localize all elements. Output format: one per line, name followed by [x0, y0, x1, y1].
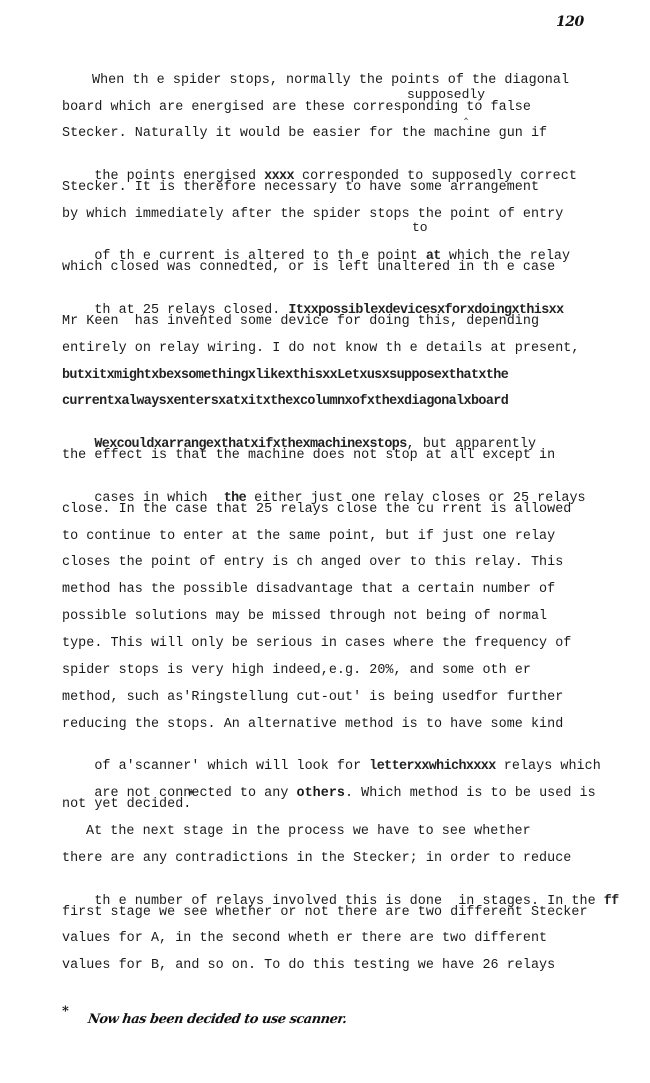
- text-line: spider stops is very high indeed,e.g. 20…: [62, 663, 531, 679]
- text-line: closes the point of entry is ch anged ov…: [62, 555, 563, 571]
- text-line: by which immediately after the spider st…: [62, 207, 563, 223]
- page-number: 120: [556, 14, 584, 30]
- text-line: When th e spider stops, normally the poi…: [92, 73, 569, 89]
- text-line: values for A, in the second wheth er the…: [62, 931, 547, 947]
- text-segment: . Which method is to be used is: [345, 786, 596, 801]
- struck-out-text: ff: [604, 894, 619, 909]
- text-line: first stage we see whether or not there …: [62, 905, 588, 921]
- text-line: the effect is that the machine does not …: [62, 448, 555, 464]
- corrected-text: others: [297, 786, 346, 801]
- struck-out-line: currentxalwaysxentersxatxitxthexcolumnxo…: [62, 394, 508, 410]
- text-line: Stecker. Naturally it would be easier fo…: [62, 126, 547, 142]
- text-line: there are any contradictions in the Stec…: [62, 851, 571, 867]
- handwritten-footnote: Now has been decided to use scanner.: [87, 1012, 348, 1027]
- text-line: values for B, and so on. To do this test…: [62, 958, 555, 974]
- text-line: At the next stage in the process we have…: [86, 824, 531, 840]
- text-line: close. In the case that 25 relays close …: [62, 502, 571, 518]
- text-line: entirely on relay wiring. I do not know …: [62, 341, 579, 357]
- text-line: method, such as'Ringstellung cut-out' is…: [62, 690, 563, 706]
- struck-out-line: butxitxmightxbexsomethingxlikexthisxxLet…: [62, 368, 508, 384]
- footnote-marker-handwritten: *: [62, 1004, 69, 1019]
- footnote-marker: *: [188, 787, 194, 801]
- text-line: possible solutions may be missed through…: [62, 609, 547, 625]
- text-line: which closed was connedted, or is left u…: [62, 260, 555, 276]
- text-line: Stecker. It is therefore necessary to ha…: [62, 180, 539, 196]
- text-line: reducing the stops. An alternative metho…: [62, 717, 563, 733]
- text-line: type. This will only be serious in cases…: [62, 636, 571, 652]
- insertion-caret: ‸: [464, 108, 468, 120]
- text-line: board which are energised are these corr…: [62, 100, 531, 116]
- text-line: method has the possible disadvantage tha…: [62, 582, 555, 598]
- text-line: not yet decided.: [62, 797, 191, 813]
- text-line: to continue to enter at the same point, …: [62, 529, 555, 545]
- text-line: Mr Keen has invented some device for doi…: [62, 314, 539, 330]
